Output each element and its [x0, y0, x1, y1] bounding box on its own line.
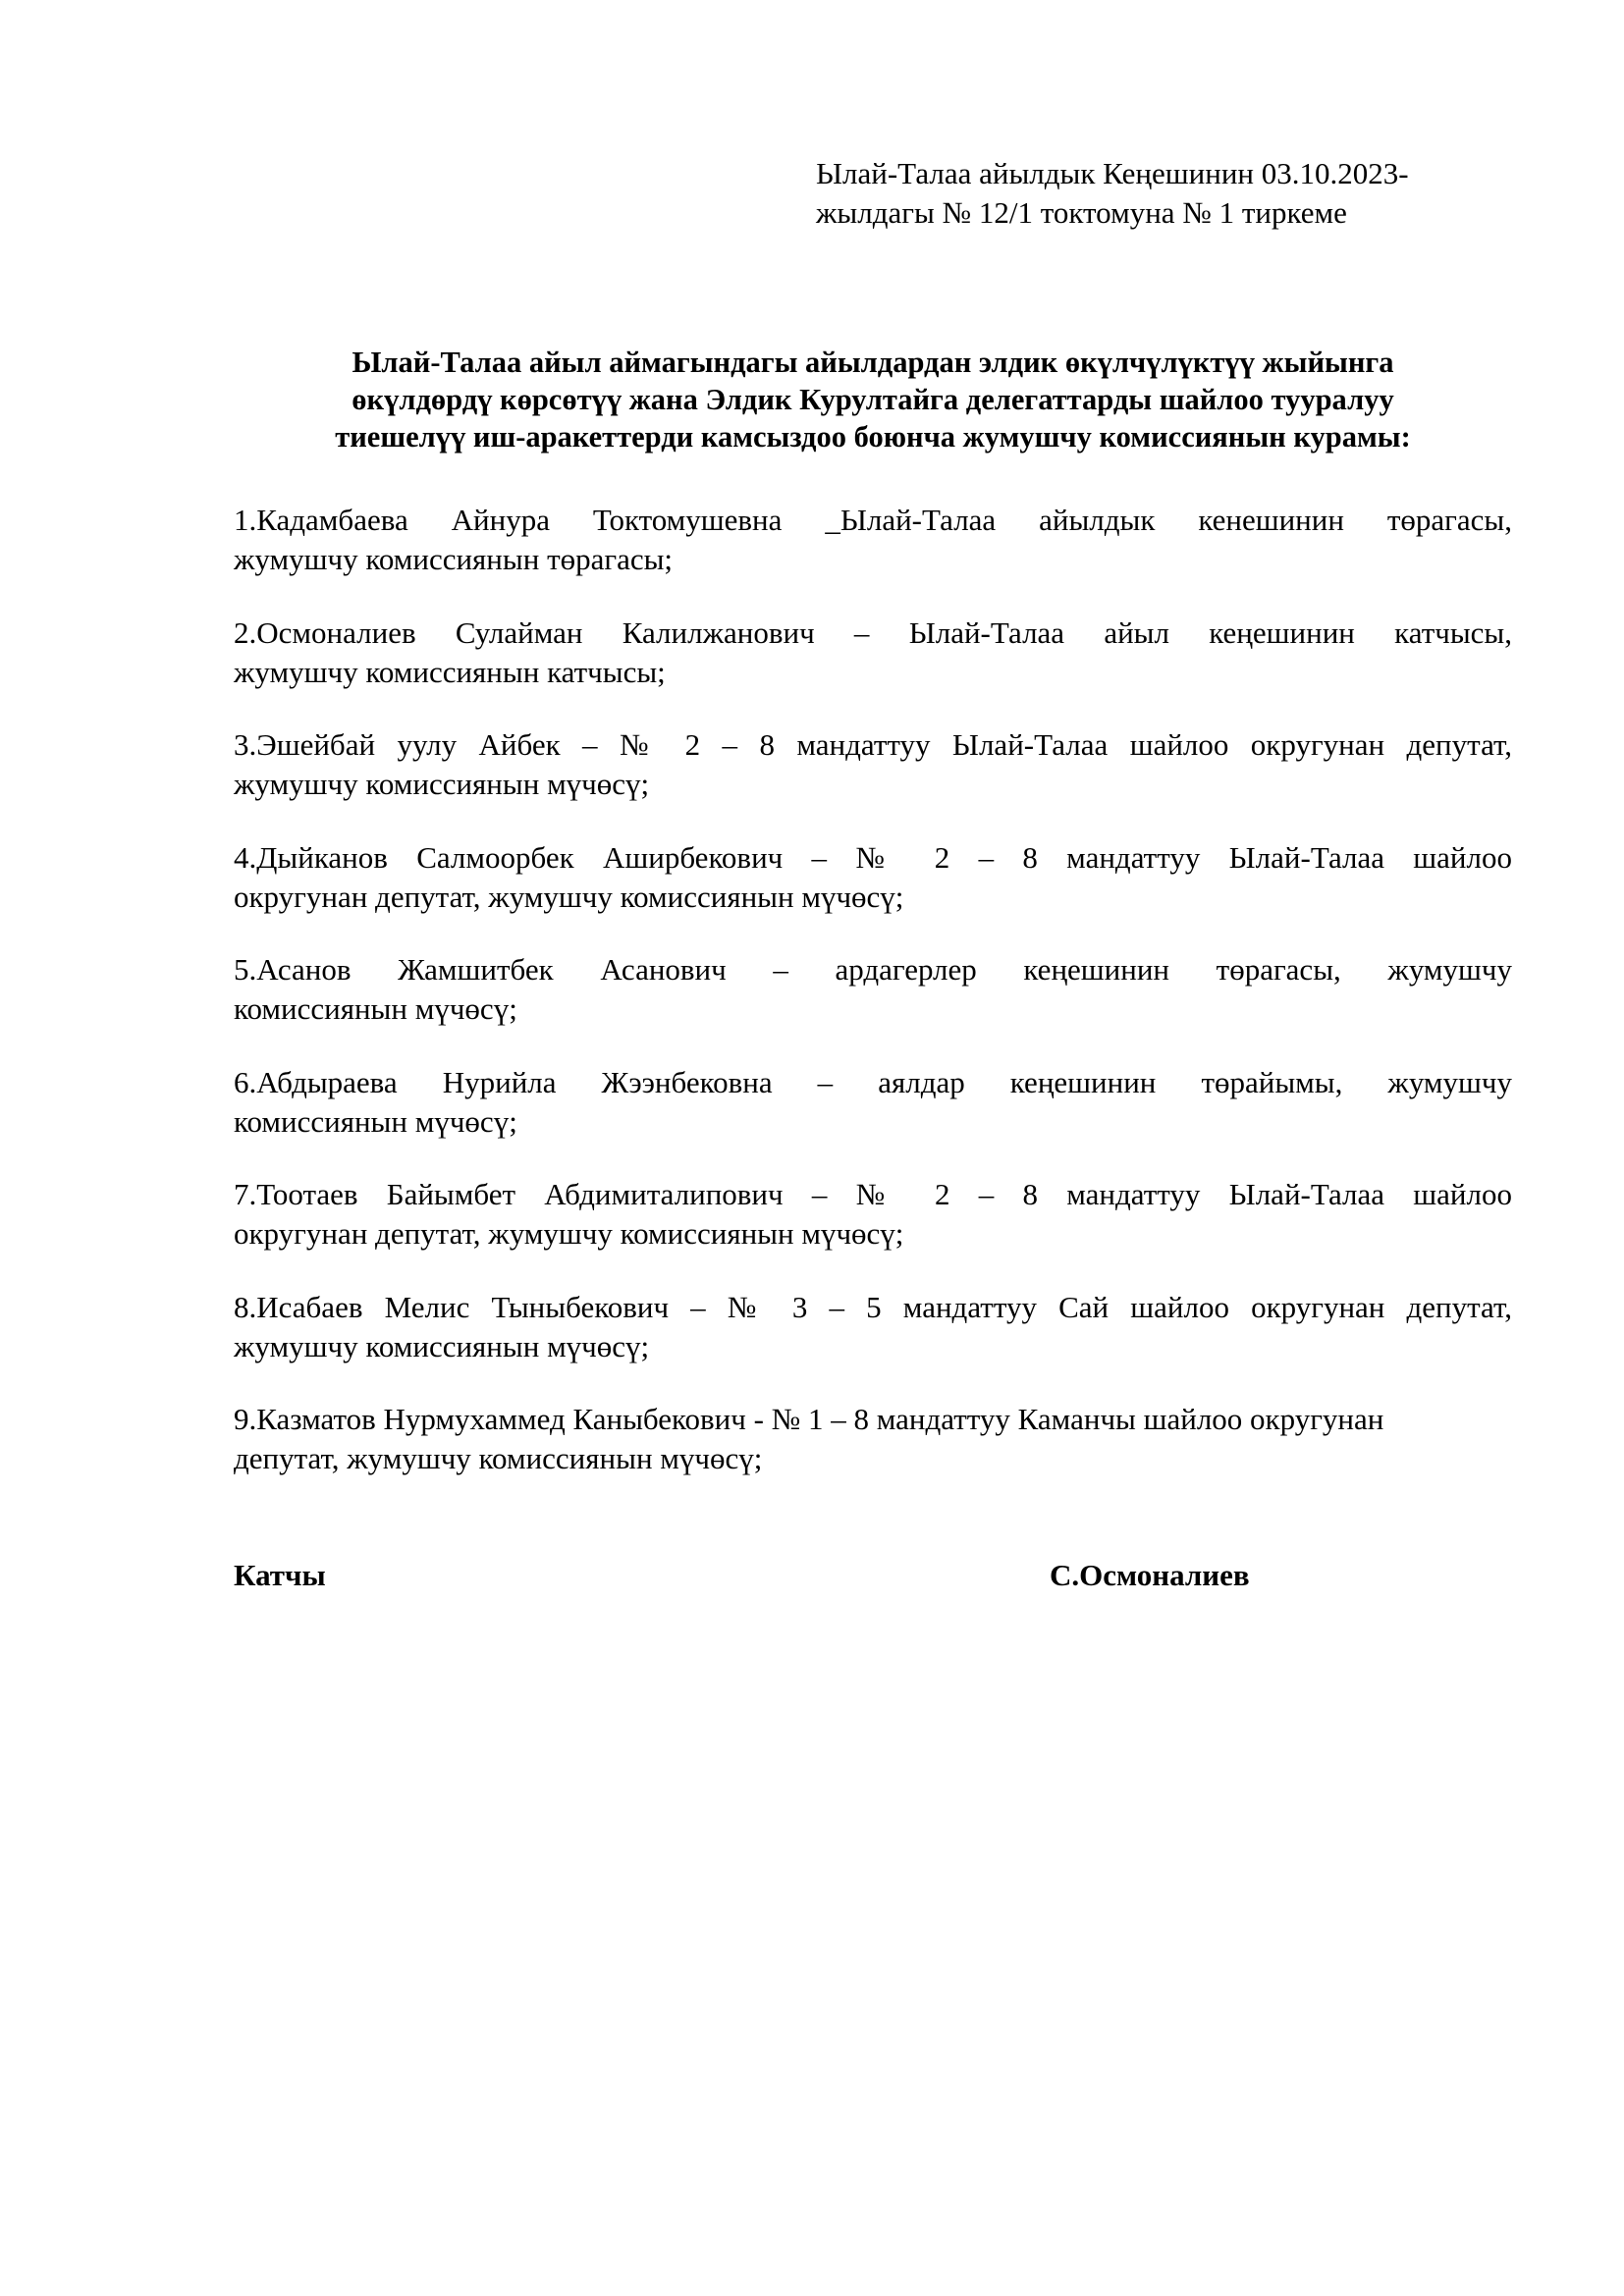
member-item-1: 1.Кадамбаева Айнура Токтомушевна _Ылай-Т… [234, 501, 1512, 579]
signature-role: Катчы [234, 1556, 326, 1595]
member-9-line-1: 9.Казматов Нурмухаммед Каныбекович - № 1… [234, 1400, 1512, 1439]
member-item-4: 4.Дыйканов Салмоорбек Аширбекович – № 2 … [234, 838, 1512, 917]
member-3-line-2: жумушчу комиссиянын мүчөсү; [234, 765, 1512, 804]
document-page: Ылай-Талаа айылдык Кеңешинин 03.10.2023-… [0, 0, 1624, 2296]
member-8-line-2: жумушчу комиссиянын мүчөсү; [234, 1327, 1512, 1366]
member-6-line-1: 6.Абдыраева Нурийла Жээнбековна – аялдар… [234, 1063, 1512, 1102]
member-2-line-2: жумушчу комиссиянын катчысы; [234, 653, 1512, 692]
annex-note: Ылай-Талаа айылдык Кеңешинин 03.10.2023-… [816, 154, 1523, 233]
member-1-line-2: жумушчу комиссиянын төрагасы; [234, 540, 1512, 579]
member-8-line-1: 8.Исабаев Мелис Тыныбекович – № 3 – 5 ма… [234, 1288, 1512, 1327]
member-4-line-1: 4.Дыйканов Салмоорбек Аширбекович – № 2 … [234, 838, 1512, 878]
annex-note-line-2: жылдагы № 12/1 токтомуна № 1 тиркеме [816, 193, 1523, 233]
member-item-9: 9.Казматов Нурмухаммед Каныбекович - № 1… [234, 1400, 1512, 1478]
member-6-line-2: комиссиянын мүчөсү; [234, 1102, 1512, 1142]
member-list: 1.Кадамбаева Айнура Токтомушевна _Ылай-Т… [234, 501, 1512, 1513]
title-line-2: өкүлдөрдү көрсөтүү жана Элдик Курултайга… [232, 381, 1514, 418]
member-item-8: 8.Исабаев Мелис Тыныбекович – № 3 – 5 ма… [234, 1288, 1512, 1366]
member-5-line-1: 5.Асанов Жамшитбек Асанович – ардагерлер… [234, 950, 1512, 989]
title-line-3: тиешелүү иш-аракеттерди камсыздоо боюнча… [232, 418, 1514, 455]
member-7-line-1: 7.Тоотаев Байымбет Абдимиталипович – № 2… [234, 1175, 1512, 1214]
member-2-line-1: 2.Осмоналиев Сулайман Калилжанович – Ыла… [234, 614, 1512, 653]
member-item-6: 6.Абдыраева Нурийла Жээнбековна – аялдар… [234, 1063, 1512, 1142]
member-item-5: 5.Асанов Жамшитбек Асанович – ардагерлер… [234, 950, 1512, 1029]
signature-name: С.Осмоналиев [1050, 1556, 1250, 1595]
member-3-line-1: 3.Эшейбай уулу Айбек – № 2 – 8 мандаттуу… [234, 725, 1512, 765]
member-item-3: 3.Эшейбай уулу Айбек – № 2 – 8 мандаттуу… [234, 725, 1512, 804]
member-4-line-2: округунан депутат, жумушчу комиссиянын м… [234, 878, 1512, 917]
member-7-line-2: округунан депутат, жумушчу комиссиянын м… [234, 1214, 1512, 1254]
document-title: Ылай-Талаа айыл аймагындагы айылдардан э… [232, 344, 1514, 455]
title-line-1: Ылай-Талаа айыл аймагындагы айылдардан э… [232, 344, 1514, 381]
member-1-line-1: 1.Кадамбаева Айнура Токтомушевна _Ылай-Т… [234, 501, 1512, 540]
annex-note-line-1: Ылай-Талаа айылдык Кеңешинин 03.10.2023- [816, 154, 1523, 193]
member-item-2: 2.Осмоналиев Сулайман Калилжанович – Ыла… [234, 614, 1512, 692]
member-9-line-2: депутат, жумушчу комиссиянын мүчөсү; [234, 1439, 1512, 1478]
member-5-line-2: комиссиянын мүчөсү; [234, 989, 1512, 1029]
member-item-7: 7.Тоотаев Байымбет Абдимиталипович – № 2… [234, 1175, 1512, 1254]
